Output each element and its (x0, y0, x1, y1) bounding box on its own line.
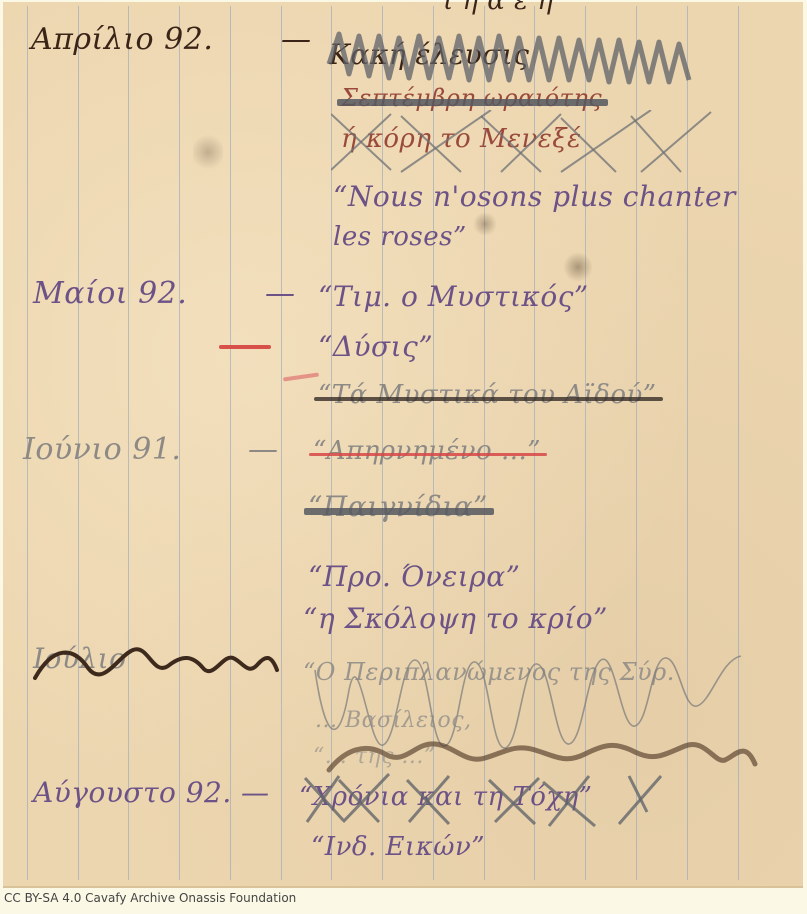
dash: — (281, 22, 312, 57)
stain (193, 132, 223, 172)
april-item-5: les roses” (333, 222, 467, 252)
april-item-1-scribbled: Κακή έλευσις (329, 38, 529, 71)
may-item-3-struck: “Τά Μυστικά του Αϊδού” (318, 380, 657, 410)
dash: — (248, 432, 279, 467)
april-item-2-struck: Σεπτέμβρη ωραιότης (341, 84, 602, 112)
may-item-2: “Δύσις” (318, 330, 433, 363)
license-credit: CC BY-SA 4.0 Cavafy Archive Onassis Foun… (4, 891, 296, 905)
cross-marks (299, 772, 679, 832)
cross-marks (331, 110, 731, 180)
june-item-4: “η Σκόλοψη το κρίο” (303, 602, 608, 635)
red-margin-mark (283, 373, 319, 382)
june-item-3: “Προ. Όνειρα” (308, 560, 520, 593)
april-item-3-crossed: ή κόρη το Μενεξέ (341, 124, 582, 154)
august-item-2: “Ινδ. Εικών” (311, 832, 485, 862)
ruled-line (230, 6, 231, 880)
june-item-2-struck: “Παιγνίδια” (308, 490, 488, 523)
top-fragment-text: ι η α ε η (443, 0, 553, 16)
april-item-4: “Nous n'osons plus chanter (333, 180, 736, 213)
stain (473, 212, 497, 236)
red-margin-mark (219, 345, 271, 349)
scribble-mark (33, 636, 283, 686)
manuscript-page: ι η α ε η Απρίλιο 92. — Κακή έλευσις Σεπ… (3, 2, 803, 888)
date-june-91: Ιούνιο 91. (23, 432, 181, 467)
july-item-1-scribbled: “Ο Περιπλανώμενος της Σύρ. (303, 658, 675, 686)
date-april-92: Απρίλιο 92. (31, 22, 213, 57)
dash: — (241, 776, 270, 809)
june-item-1-struck: “Απηρνημένο ...” (313, 436, 541, 466)
may-item-1: “Τιμ. ο Μυστικός” (318, 280, 589, 313)
ruled-line (281, 6, 282, 880)
date-may-92: Μαίοι 92. (33, 276, 187, 311)
date-august-92: Αύγουστο 92. (33, 776, 232, 809)
date-july-scribbled: Ιούλιο (33, 642, 127, 675)
dash: — (265, 276, 296, 311)
july-item-3-scribbled: “... της ...” (313, 744, 436, 769)
stain (563, 252, 593, 282)
august-item-1-crossed: “Χρόνια και τη Τόχη” (299, 782, 592, 812)
